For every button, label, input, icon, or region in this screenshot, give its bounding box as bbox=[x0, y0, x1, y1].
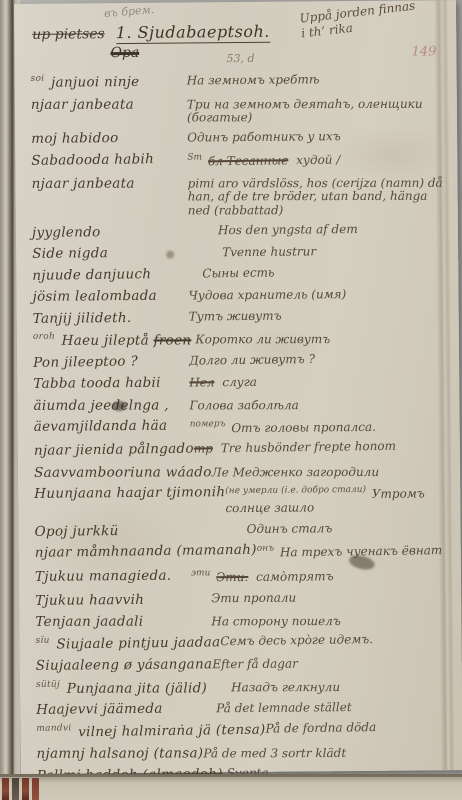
word-column: moj habidoo bbox=[31, 130, 187, 147]
corner-note-line1: Uppå jorden finnas bbox=[299, 0, 416, 26]
word-column: Side nigda bbox=[32, 245, 188, 262]
word-superscript: oroh bbox=[33, 332, 55, 342]
word-column: Pon jileeptoo ? bbox=[33, 352, 189, 370]
translation-text: På det lemnade stället bbox=[216, 700, 352, 715]
manuscript-line: soi janjuoi ninje На земномъ хребтѣ bbox=[31, 70, 447, 91]
manuscript-line: Saavvambooriuna wáado Ле Медженко загоро… bbox=[34, 463, 450, 480]
translation-text: På de med 3 sortr klädt bbox=[203, 746, 346, 760]
translation-text: слуга bbox=[222, 375, 257, 389]
translation-column: Одинъ работникъ у ихъ bbox=[187, 127, 447, 145]
word-column: sütüj Punjaana jita (jälid) bbox=[36, 679, 207, 696]
manuscript-line: Tanjij jilideth. Тутъ живутъ bbox=[33, 307, 449, 327]
translation-column: тр Tre husbönder frepte honom bbox=[194, 437, 450, 456]
word-strikethrough: froen bbox=[154, 333, 192, 349]
manuscript-line: Huunjaana haajar tjimonih (не умерли (i.… bbox=[34, 482, 450, 518]
translation-column: Hos den yngsta af dem bbox=[218, 221, 448, 238]
word-text: njaar måmhnaanda (mamanah) bbox=[35, 542, 257, 561]
translation-strikethrough: тр bbox=[194, 441, 213, 455]
translation-column: Tvenne hustrur bbox=[222, 243, 448, 260]
word-column: Huunjaana haajar tjimonih bbox=[34, 484, 225, 502]
translation-column: померъ Отъ головы пропалса. bbox=[190, 415, 450, 436]
translation-text: Tvenne hustrur bbox=[222, 244, 316, 259]
word-text: jyyglendo bbox=[32, 224, 101, 241]
translation-column: (не умерли (i.e. добро стали) Утромъ сол… bbox=[225, 482, 450, 516]
word-column: sïu Siujaale pintjuu jaadaa bbox=[35, 633, 220, 653]
word-text: njamnj halsanoj (tansa) bbox=[37, 746, 204, 762]
word-text: jösim lealombada bbox=[32, 288, 157, 305]
translation-column: Эти пропали bbox=[211, 589, 451, 606]
translation-column: Нел слуга bbox=[189, 372, 449, 390]
word-superscript: mandvi bbox=[36, 723, 71, 733]
manuscript-line: Pon jileeptoo ? Долго ли живутъ ? bbox=[33, 349, 449, 371]
translation-text: Одинъ работникъ у ихъ bbox=[187, 129, 341, 144]
translation-superscript: померъ bbox=[190, 419, 226, 429]
translation-superscript: (не умерли (i.e. добро стали) bbox=[225, 485, 366, 496]
word-column: njamnj halsanoj (tansa) bbox=[37, 746, 204, 762]
translation-text: På de fordna döda bbox=[265, 719, 376, 735]
word-text: Side nigda bbox=[32, 245, 108, 262]
translation-text: Голова заболѣла bbox=[189, 397, 298, 411]
manuscript-line: Tjukuu managieda. эти Эти. самòтрятъ bbox=[35, 565, 451, 587]
translation-text: Tre husbönder frepte honom bbox=[221, 438, 396, 454]
corner-note: Uppå jorden finnas i th’ rika bbox=[299, 0, 418, 41]
word-text: Tabba tooda habii bbox=[33, 375, 161, 392]
word-text: Tjukuu managieda. bbox=[35, 568, 172, 585]
fore-edge-stripe bbox=[12, 778, 19, 800]
manuscript-line: Siujaaleeng ø yásangana Efter få dagar bbox=[36, 654, 452, 674]
word-column: Sabadooda habih bbox=[31, 150, 187, 168]
translation-text: Отъ головы пропалса. bbox=[231, 420, 376, 435]
translation-column: На сторону пошелъ bbox=[211, 613, 451, 629]
word-column: jösim lealombada bbox=[32, 288, 188, 305]
translation-text: худой / bbox=[296, 152, 340, 167]
word-column: njaar måmhnaanda (mamanah) bbox=[35, 542, 257, 561]
fore-edge-stripe bbox=[2, 778, 9, 800]
manuscript-line: Side nigda Tvenne hustrur bbox=[32, 243, 448, 263]
next-page-edge bbox=[0, 774, 462, 800]
translation-text: Назадъ гелкнули bbox=[231, 679, 340, 693]
word-column: mandvi vilnej halmiraṅa jä (tensa) bbox=[36, 720, 265, 740]
manuscript-line: Opoj jurkkü Одинъ сталъ bbox=[35, 520, 451, 540]
word-text: njaar janbeata bbox=[32, 176, 135, 192]
translation-strikethrough: бл Тесанные bbox=[208, 152, 289, 167]
translation-text: Три на земномъ деятahъ, оленщики (богаты… bbox=[187, 96, 423, 124]
pencil-note: въ брем. bbox=[104, 3, 155, 20]
word-column: Haajevvi jäämeda bbox=[36, 701, 192, 718]
word-column: äiumda jeedelnga , bbox=[33, 397, 189, 413]
manuscript-line: sïu Siujaale pintjuu jaadaa Семъ десь хр… bbox=[35, 630, 451, 653]
word-text: njuude danjuuch bbox=[32, 266, 151, 284]
manuscript-line: Tabba tooda habii Нел слуга bbox=[33, 372, 449, 392]
page-title: 1. Sjudabaeptsoh. bbox=[116, 22, 270, 44]
translation-column: Долго ли живутъ ? bbox=[189, 349, 449, 368]
translation-column: På det lemnade stället bbox=[216, 698, 452, 715]
translation-superscript: эти bbox=[191, 569, 210, 579]
word-column: Siujaaleeng ø yásangana bbox=[36, 657, 213, 675]
translation-text: Сыны есть bbox=[202, 265, 274, 280]
manuscript-line: mandvi vilnej halmiraṅa jä (tensa) På de… bbox=[36, 718, 452, 741]
word-text: njaar jienida pålngado bbox=[34, 441, 194, 459]
word-column: oroh Haeu jileptå froen bbox=[33, 332, 195, 349]
translation-text: Efter få dagar bbox=[212, 656, 298, 671]
crossed-out-word: Opa bbox=[110, 45, 139, 61]
manuscript-line: Sabadooda habih Sm бл Тесанные худой / bbox=[31, 147, 447, 171]
word-text: äiumda jeedelnga , bbox=[33, 397, 168, 413]
word-text: janjuoi ninje bbox=[51, 74, 139, 91]
translation-text: Тутъ живутъ bbox=[189, 309, 282, 324]
word-text: Punjaana jita (jälid) bbox=[67, 680, 207, 696]
manuscript-line: jösim lealombada Чудова хранитель (имя) bbox=[32, 286, 448, 306]
translation-text: Коротко ли живутъ bbox=[195, 332, 330, 346]
word-text: vilnej halmiraṅa jä (tensa) bbox=[78, 721, 266, 740]
section-reference: 53, d bbox=[226, 52, 254, 65]
word-column: jyyglendo bbox=[32, 223, 188, 240]
word-text: Saavvambooriuna wáado bbox=[34, 464, 212, 480]
translation-column: Ле Медженко загородили bbox=[212, 463, 450, 479]
word-text: Siujaale pintjuu jaadaa bbox=[56, 634, 220, 652]
word-column: Saavvambooriuna wáado bbox=[34, 464, 212, 480]
translation-superscript: Sm bbox=[187, 152, 202, 162]
word-text: njaar janbeata bbox=[31, 96, 134, 112]
manuscript-photo: въ брем. up pietses 1. Sjudabaeptsoh. Op… bbox=[0, 0, 462, 800]
word-column: Tjukuu managieda. bbox=[35, 567, 191, 584]
word-column: njaar janbeata bbox=[32, 176, 188, 192]
translation-column: På de fordna döda bbox=[265, 718, 452, 736]
manuscript-line: njaar janbeata pimi aro värdslöss, hos (… bbox=[32, 175, 448, 219]
manuscript-line: njaar måmhnaanda (mamanah) онъ На трехъ … bbox=[35, 539, 451, 563]
page-number: 149 bbox=[412, 44, 437, 59]
word-text: Tjukuu haavvih bbox=[35, 592, 144, 609]
manuscript-lines: soi janjuoi ninje На земномъ хребтѣ njaa… bbox=[15, 70, 462, 800]
word-text: äevamjildanda häa bbox=[34, 418, 168, 435]
manuscript-line: njaar janbeata Три на земномъ деятahъ, о… bbox=[31, 95, 447, 125]
translation-text: На земномъ хребтѣ bbox=[187, 72, 320, 87]
translation-text: Эти пропали bbox=[211, 591, 296, 606]
word-column: njaar janbeata bbox=[31, 96, 187, 112]
translation-text: pimi aro värdslöss, hos (cerijza (namn) … bbox=[188, 176, 443, 218]
word-text: Haeu jileptå bbox=[62, 333, 149, 349]
translation-text: Семъ десь хрòге идемъ. bbox=[220, 631, 373, 647]
translation-column: Чудова хранитель (имя) bbox=[188, 286, 448, 304]
word-text: Pon jileeptoo ? bbox=[33, 353, 138, 370]
manuscript-line: Tjukuu haavvih Эти пропали bbox=[35, 589, 451, 609]
word-superscript: sïu bbox=[35, 635, 49, 645]
translation-text: Одинъ сталъ bbox=[247, 521, 333, 536]
manuscript-line: sütüj Punjaana jita (jälid) Назадъ гелкн… bbox=[36, 679, 452, 697]
translation-text: Ле Медженко загородили bbox=[212, 464, 379, 478]
page-header: въ брем. up pietses 1. Sjudabaeptsoh. Op… bbox=[14, 0, 457, 74]
translation-column: Коротко ли живутъ bbox=[195, 331, 449, 347]
word-text: Huunjaana haajar tjimonih bbox=[34, 484, 225, 502]
word-text: Tanjij jilideth. bbox=[33, 310, 132, 327]
page-crease bbox=[0, 774, 462, 777]
word-column: Tenjaan jaadali bbox=[35, 614, 191, 630]
manuscript-line: jyyglendo Hos den yngsta af dem bbox=[32, 221, 448, 241]
manuscript-page: въ брем. up pietses 1. Sjudabaeptsoh. Op… bbox=[14, 0, 462, 774]
translation-text: Hos den yngsta af dem bbox=[218, 222, 358, 237]
fore-edge-stripe bbox=[22, 778, 29, 800]
word-text: Sabadooda habih bbox=[31, 151, 154, 169]
book-fore-edge bbox=[2, 778, 58, 800]
word-text: Haajevvi jäämeda bbox=[36, 701, 163, 718]
manuscript-line: oroh Haeu jileptå froen Коротко ли живут… bbox=[33, 331, 449, 349]
translation-column: Семъ десь хрòге идемъ. bbox=[220, 630, 451, 649]
manuscript-line: Haajevvi jäämeda På det lemnade stället bbox=[36, 698, 452, 718]
word-text: Tenjaan jaadali bbox=[35, 614, 143, 630]
translation-strikethrough: Эти. bbox=[216, 570, 248, 584]
translation-column: pimi aro värdslöss, hos (cerijza (namn) … bbox=[188, 175, 448, 219]
manuscript-line: njaar jienida pålngado тр Tre husbönder … bbox=[34, 437, 450, 459]
manuscript-line: moj habidoo Одинъ работникъ у ихъ bbox=[31, 127, 447, 147]
translation-column: На земномъ хребтѣ bbox=[187, 70, 447, 88]
translation-text: Долго ли живутъ ? bbox=[189, 351, 315, 367]
word-column: njuude danjuuch bbox=[32, 265, 188, 283]
manuscript-line: äiumda jeedelnga , Голова заболѣла bbox=[33, 397, 449, 414]
word-superscript: sütüj bbox=[36, 680, 60, 690]
translation-column: Три на земномъ деятahъ, оленщики (богаты… bbox=[187, 95, 447, 125]
word-column: Tabba tooda habii bbox=[33, 375, 189, 392]
manuscript-line: njuude danjuuch Сыны есть bbox=[32, 262, 448, 284]
translation-column: Сыны есть bbox=[202, 262, 448, 281]
translation-column: Efter få dagar bbox=[212, 654, 452, 671]
translation-column: Голова заболѣла bbox=[189, 397, 449, 413]
translation-superscript: онъ bbox=[257, 543, 274, 553]
translation-column: Sm бл Тесанные худой / bbox=[187, 147, 447, 169]
word-superscript: soi bbox=[31, 74, 45, 84]
title-line: up pietses 1. Sjudabaeptsoh. bbox=[32, 22, 270, 43]
translation-column: эти Эти. самòтрятъ bbox=[191, 565, 451, 586]
translation-column: Одинъ сталъ bbox=[247, 520, 451, 537]
crossed-out-prefix: up pietses bbox=[32, 26, 105, 43]
word-text: moj habidoo bbox=[31, 130, 118, 147]
word-column: Tjukuu haavvih bbox=[35, 591, 191, 608]
translation-column: Тутъ живутъ bbox=[189, 307, 449, 325]
ink-smudge bbox=[166, 251, 174, 259]
fore-edge-stripe bbox=[32, 778, 39, 800]
manuscript-line: Tenjaan jaadali На сторону пошелъ bbox=[35, 613, 451, 630]
manuscript-line: njamnj halsanoj (tansa) På de med 3 sort… bbox=[37, 745, 453, 762]
translation-text: Чудова хранитель (имя) bbox=[188, 287, 346, 302]
word-text: Siujaaleeng ø yásangana bbox=[36, 657, 213, 675]
ink-smudge bbox=[112, 401, 126, 411]
word-column: Tanjij jilideth. bbox=[33, 309, 189, 326]
word-column: äevamjildanda häa bbox=[34, 418, 190, 435]
word-text: Opoj jurkkü bbox=[35, 523, 119, 540]
translation-column: Назадъ гелкнули bbox=[231, 679, 452, 695]
manuscript-line: äevamjildanda häa померъ Отъ головы проп… bbox=[34, 415, 450, 437]
translation-text: самòтрятъ bbox=[256, 570, 334, 585]
translation-column: På de med 3 sortr klädt bbox=[203, 745, 452, 761]
word-column: soi janjuoi ninje bbox=[31, 72, 187, 90]
word-column: njaar jienida pålngado bbox=[34, 441, 194, 459]
translation-strikethrough: Нел bbox=[189, 375, 214, 389]
translation-text: На сторону пошелъ bbox=[211, 614, 340, 628]
word-column: Opoj jurkkü bbox=[35, 522, 191, 539]
